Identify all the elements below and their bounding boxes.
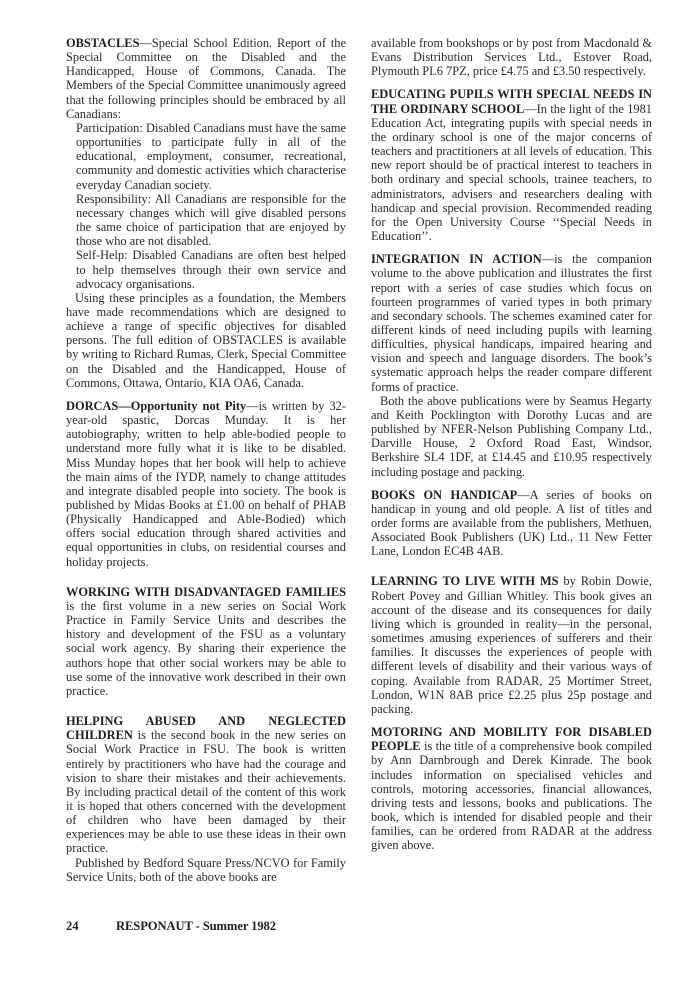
article-dorcas: DORCAS—Opportunity not Pity—is written b… (66, 399, 346, 569)
left-column: OBSTACLES—Special School Edition. Report… (66, 36, 346, 884)
article-integration-in-action: INTEGRATION IN ACTION—is the companion v… (371, 252, 652, 479)
article-paragraph: LEARNING TO LIVE WITH MS by Robin Dowie,… (371, 574, 652, 716)
article-disadvantaged-families: WORKING WITH DISADVANTAGED FAM­ILIES is … (66, 585, 346, 698)
principle-self-help: Self-Help: Disabled Canadians are often … (66, 248, 346, 290)
article-paragraph: DORCAS—Opportunity not Pity—is written b… (66, 399, 346, 569)
article-title: LEARNING TO LIVE WITH MS (371, 574, 559, 588)
article-body: is the first volume in a new series on S… (66, 599, 346, 698)
article-body: available from bookshops or by post from… (371, 36, 652, 78)
article-abused-children: HELPING ABUSED AND NEGLECTED CHILDREN is… (66, 714, 346, 884)
article-title: OBSTACLES (66, 36, 139, 50)
article-motoring-mobility: MOTORING AND MOBILITY FOR DISABLED PEOPL… (371, 725, 652, 852)
article-title: BOOKS ON HANDICAP (371, 488, 517, 502)
publisher-note: Published by Bedford Square Press/NCVO f… (66, 856, 346, 884)
article-educating-pupils: EDUCATING PUPILS WITH SPECIAL NEEDS IN T… (371, 87, 652, 243)
article-obstacles: OBSTACLES—Special School Edition. Report… (66, 36, 346, 390)
page-number: 24 (66, 919, 116, 934)
article-title: INTEGRATION IN ACTION (371, 252, 542, 266)
article-paragraph: OBSTACLES—Special School Edition. Report… (66, 36, 346, 121)
article-body: —In the light of the 1981 Education Act,… (371, 102, 652, 243)
article-living-with-ms: LEARNING TO LIVE WITH MS by Robin Dowie,… (371, 574, 652, 716)
publisher-note: Both the above publications were by Seam… (371, 394, 652, 479)
article-paragraph: WORKING WITH DISADVANTAGED FAM­ILIES is … (66, 585, 346, 698)
article-paragraph: INTEGRATION IN ACTION—is the companion v… (371, 252, 652, 394)
article-paragraph: BOOKS ON HANDICAP—A series of books on h… (371, 488, 652, 559)
article-body: is the title of a comprehensive book com… (371, 739, 652, 852)
principle-responsibility: Responsibility: All Canadians are respon… (66, 192, 346, 249)
article-title: DORCAS—Opportunity not Pity (66, 399, 246, 413)
right-column: available from bookshops or by post from… (371, 36, 652, 852)
publication-name: RESPONAUT - Summer 1982 (116, 919, 276, 933)
article-body: —is the companion volume to the above pu… (371, 252, 652, 393)
article-title: WORKING WITH DISADVANTAGED FAM­ILIES (66, 585, 346, 599)
article-closing-paragraph: Using these principles as a foundation, … (66, 291, 346, 390)
article-body: —is written by 32-year-old spastic, Dorc… (66, 399, 346, 569)
article-paragraph: MOTORING AND MOBILITY FOR DISABLED PEOPL… (371, 725, 652, 852)
article-books-on-handicap: BOOKS ON HANDICAP—A series of books on h… (371, 488, 652, 559)
article-paragraph: EDUCATING PUPILS WITH SPECIAL NEEDS IN T… (371, 87, 652, 243)
article-body: by Robin Dowie, Robert Povey and Gillian… (371, 574, 652, 715)
article-continued: available from bookshops or by post from… (371, 36, 652, 78)
article-paragraph: HELPING ABUSED AND NEGLECTED CHILDREN is… (66, 714, 346, 856)
principle-participation: Participation: Disabled Canadians must h… (66, 121, 346, 192)
article-body: is the second book in the new series on … (66, 728, 346, 855)
page-footer: 24RESPONAUT - Summer 1982 (66, 919, 276, 934)
